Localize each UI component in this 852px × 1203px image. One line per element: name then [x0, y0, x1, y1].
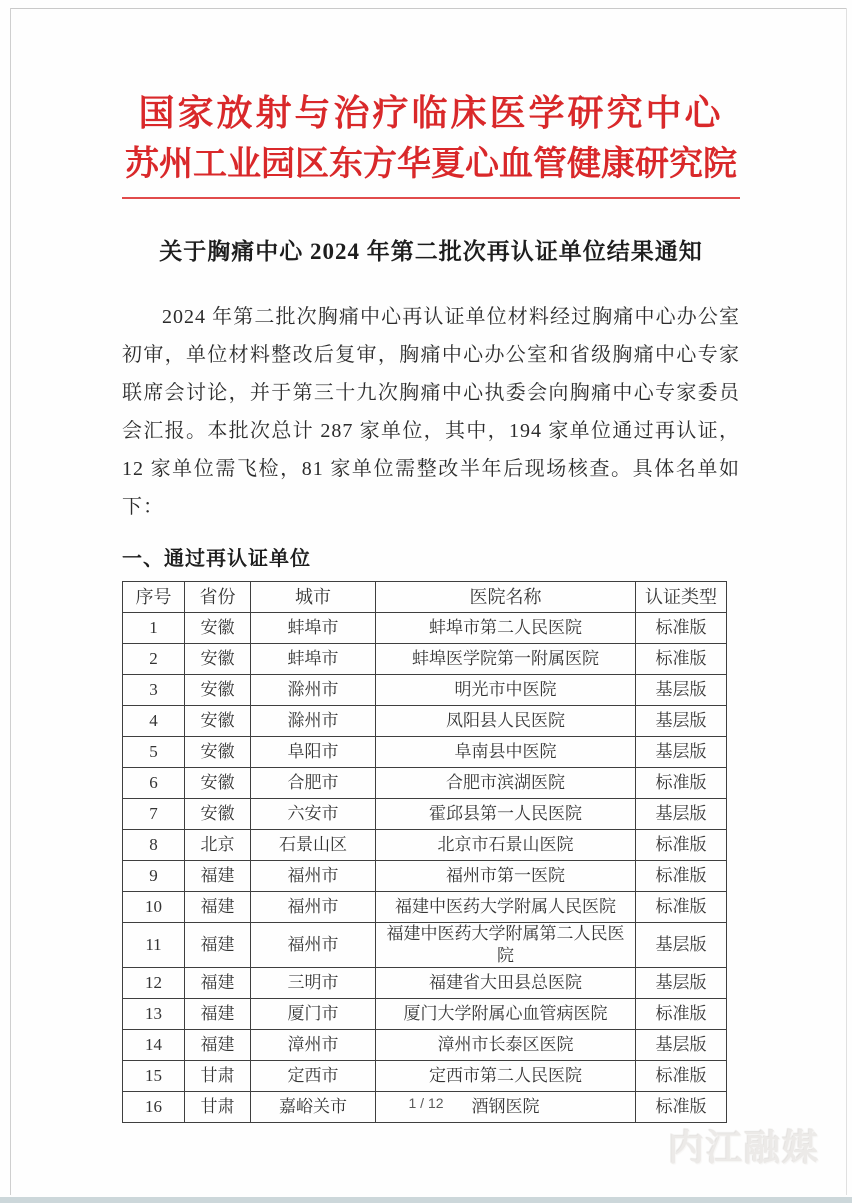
table-cell: 甘肃	[185, 1061, 251, 1092]
table-cell: 基层版	[636, 675, 727, 706]
table-cell: 福建	[185, 923, 251, 968]
table-cell: 15	[123, 1061, 185, 1092]
table-row: 12福建三明市福建省大田县总医院基层版	[123, 968, 727, 999]
table-cell: 基层版	[636, 706, 727, 737]
table-cell: 14	[123, 1030, 185, 1061]
table-cell: 安徽	[185, 768, 251, 799]
table-row: 3安徽滁州市明光市中医院基层版	[123, 675, 727, 706]
table-cell: 6	[123, 768, 185, 799]
table-cell: 基层版	[636, 968, 727, 999]
table-row: 5安徽阜阳市阜南县中医院基层版	[123, 737, 727, 768]
table-cell: 安徽	[185, 675, 251, 706]
scan-edge-bottom	[0, 1197, 852, 1203]
table-cell: 漳州市	[251, 1030, 376, 1061]
table-cell: 北京	[185, 830, 251, 861]
table-cell: 三明市	[251, 968, 376, 999]
table-cell: 标准版	[636, 830, 727, 861]
table-cell: 基层版	[636, 737, 727, 768]
table-cell: 1	[123, 613, 185, 644]
table-cell: 9	[123, 861, 185, 892]
table-cell: 3	[123, 675, 185, 706]
organization-header: 国家放射与治疗临床医学研究中心 苏州工业园区东方华夏心血管健康研究院	[122, 88, 740, 190]
table-cell: 蚌埠医学院第一附属医院	[376, 644, 636, 675]
table-header-cell: 省份	[185, 582, 251, 613]
notice-body-paragraph: 2024 年第二批次胸痛中心再认证单位材料经过胸痛中心办公室初审，单位材料整改后…	[122, 298, 740, 526]
document-content: 国家放射与治疗临床医学研究中心 苏州工业园区东方华夏心血管健康研究院 关于胸痛中…	[122, 0, 740, 1123]
table-row: 7安徽六安市霍邱县第一人民医院基层版	[123, 799, 727, 830]
organization-name-line2: 苏州工业园区东方华夏心血管健康研究院	[122, 139, 740, 190]
table-cell: 明光市中医院	[376, 675, 636, 706]
table-cell: 标准版	[636, 861, 727, 892]
table-row: 6安徽合肥市合肥市滨湖医院标准版	[123, 768, 727, 799]
section-heading: 一、通过再认证单位	[122, 542, 740, 571]
table-cell: 厦门大学附属心血管病医院	[376, 999, 636, 1030]
table-cell: 安徽	[185, 644, 251, 675]
table-row: 14福建漳州市漳州市长泰区医院基层版	[123, 1030, 727, 1061]
table-row: 9福建福州市福州市第一医院标准版	[123, 861, 727, 892]
table-row: 13福建厦门市厦门大学附属心血管病医院标准版	[123, 999, 727, 1030]
table-row: 2安徽蚌埠市蚌埠医学院第一附属医院标准版	[123, 644, 727, 675]
table-cell: 基层版	[636, 1030, 727, 1061]
table-cell: 定西市	[251, 1061, 376, 1092]
scan-edge-right	[846, 8, 847, 1195]
page-number: 1 / 12	[0, 1095, 852, 1111]
table-row: 10福建福州市福建中医药大学附属人民医院标准版	[123, 892, 727, 923]
table-cell: 5	[123, 737, 185, 768]
table-cell: 10	[123, 892, 185, 923]
table-cell: 合肥市滨湖医院	[376, 768, 636, 799]
table-cell: 标准版	[636, 768, 727, 799]
table-cell: 石景山区	[251, 830, 376, 861]
table-header-row: 序号省份城市医院名称认证类型	[123, 582, 727, 613]
table-row: 11福建福州市福建中医药大学附属第二人民医院基层版	[123, 923, 727, 968]
table-row: 4安徽滁州市凤阳县人民医院基层版	[123, 706, 727, 737]
table-cell: 蚌埠市	[251, 644, 376, 675]
table-cell: 福建	[185, 892, 251, 923]
table-cell: 蚌埠市第二人民医院	[376, 613, 636, 644]
table-cell: 安徽	[185, 799, 251, 830]
table-cell: 基层版	[636, 799, 727, 830]
table-cell: 7	[123, 799, 185, 830]
certified-units-table: 序号省份城市医院名称认证类型 1安徽蚌埠市蚌埠市第二人民医院标准版2安徽蚌埠市蚌…	[122, 581, 727, 1123]
table-cell: 滁州市	[251, 675, 376, 706]
table-cell: 12	[123, 968, 185, 999]
table-cell: 阜阳市	[251, 737, 376, 768]
table-cell: 4	[123, 706, 185, 737]
notice-title: 关于胸痛中心 2024 年第二批次再认证单位结果通知	[122, 233, 740, 266]
table-cell: 福建省大田县总医院	[376, 968, 636, 999]
table-cell: 六安市	[251, 799, 376, 830]
table-row: 15甘肃定西市定西市第二人民医院标准版	[123, 1061, 727, 1092]
table-cell: 福建中医药大学附属人民医院	[376, 892, 636, 923]
table-header-cell: 序号	[123, 582, 185, 613]
table-cell: 福州市	[251, 923, 376, 968]
table-cell: 标准版	[636, 892, 727, 923]
table-cell: 8	[123, 830, 185, 861]
table-cell: 滁州市	[251, 706, 376, 737]
scan-edge-left	[10, 8, 11, 1195]
table-cell: 基层版	[636, 923, 727, 968]
table-cell: 福州市第一医院	[376, 861, 636, 892]
table-cell: 福建	[185, 968, 251, 999]
table-cell: 福建	[185, 861, 251, 892]
table-cell: 安徽	[185, 737, 251, 768]
table-cell: 福建	[185, 1030, 251, 1061]
table-cell: 标准版	[636, 644, 727, 675]
table-header-cell: 城市	[251, 582, 376, 613]
table-cell: 福州市	[251, 892, 376, 923]
document-page: 国家放射与治疗临床医学研究中心 苏州工业园区东方华夏心血管健康研究院 关于胸痛中…	[0, 0, 852, 1203]
table-cell: 13	[123, 999, 185, 1030]
table-cell: 11	[123, 923, 185, 968]
table-cell: 安徽	[185, 613, 251, 644]
header-divider-rule	[122, 197, 740, 199]
table-cell: 凤阳县人民医院	[376, 706, 636, 737]
table-cell: 厦门市	[251, 999, 376, 1030]
table-cell: 标准版	[636, 1061, 727, 1092]
table-cell: 2	[123, 644, 185, 675]
table-cell: 标准版	[636, 999, 727, 1030]
table-row: 8北京石景山区北京市石景山医院标准版	[123, 830, 727, 861]
watermark: 内江融媒	[668, 1120, 820, 1171]
table-cell: 福建	[185, 999, 251, 1030]
organization-name-line1: 国家放射与治疗临床医学研究中心	[122, 88, 740, 139]
table-cell: 蚌埠市	[251, 613, 376, 644]
table-cell: 阜南县中医院	[376, 737, 636, 768]
table-cell: 漳州市长泰区医院	[376, 1030, 636, 1061]
table-cell: 北京市石景山医院	[376, 830, 636, 861]
table-cell: 标准版	[636, 613, 727, 644]
table-cell: 福州市	[251, 861, 376, 892]
table-header-cell: 认证类型	[636, 582, 727, 613]
table-row: 1安徽蚌埠市蚌埠市第二人民医院标准版	[123, 613, 727, 644]
table-cell: 定西市第二人民医院	[376, 1061, 636, 1092]
table-body: 1安徽蚌埠市蚌埠市第二人民医院标准版2安徽蚌埠市蚌埠医学院第一附属医院标准版3安…	[123, 613, 727, 1123]
table-cell: 霍邱县第一人民医院	[376, 799, 636, 830]
table-cell: 福建中医药大学附属第二人民医院	[376, 923, 636, 968]
table-header-cell: 医院名称	[376, 582, 636, 613]
table-cell: 安徽	[185, 706, 251, 737]
table-cell: 合肥市	[251, 768, 376, 799]
